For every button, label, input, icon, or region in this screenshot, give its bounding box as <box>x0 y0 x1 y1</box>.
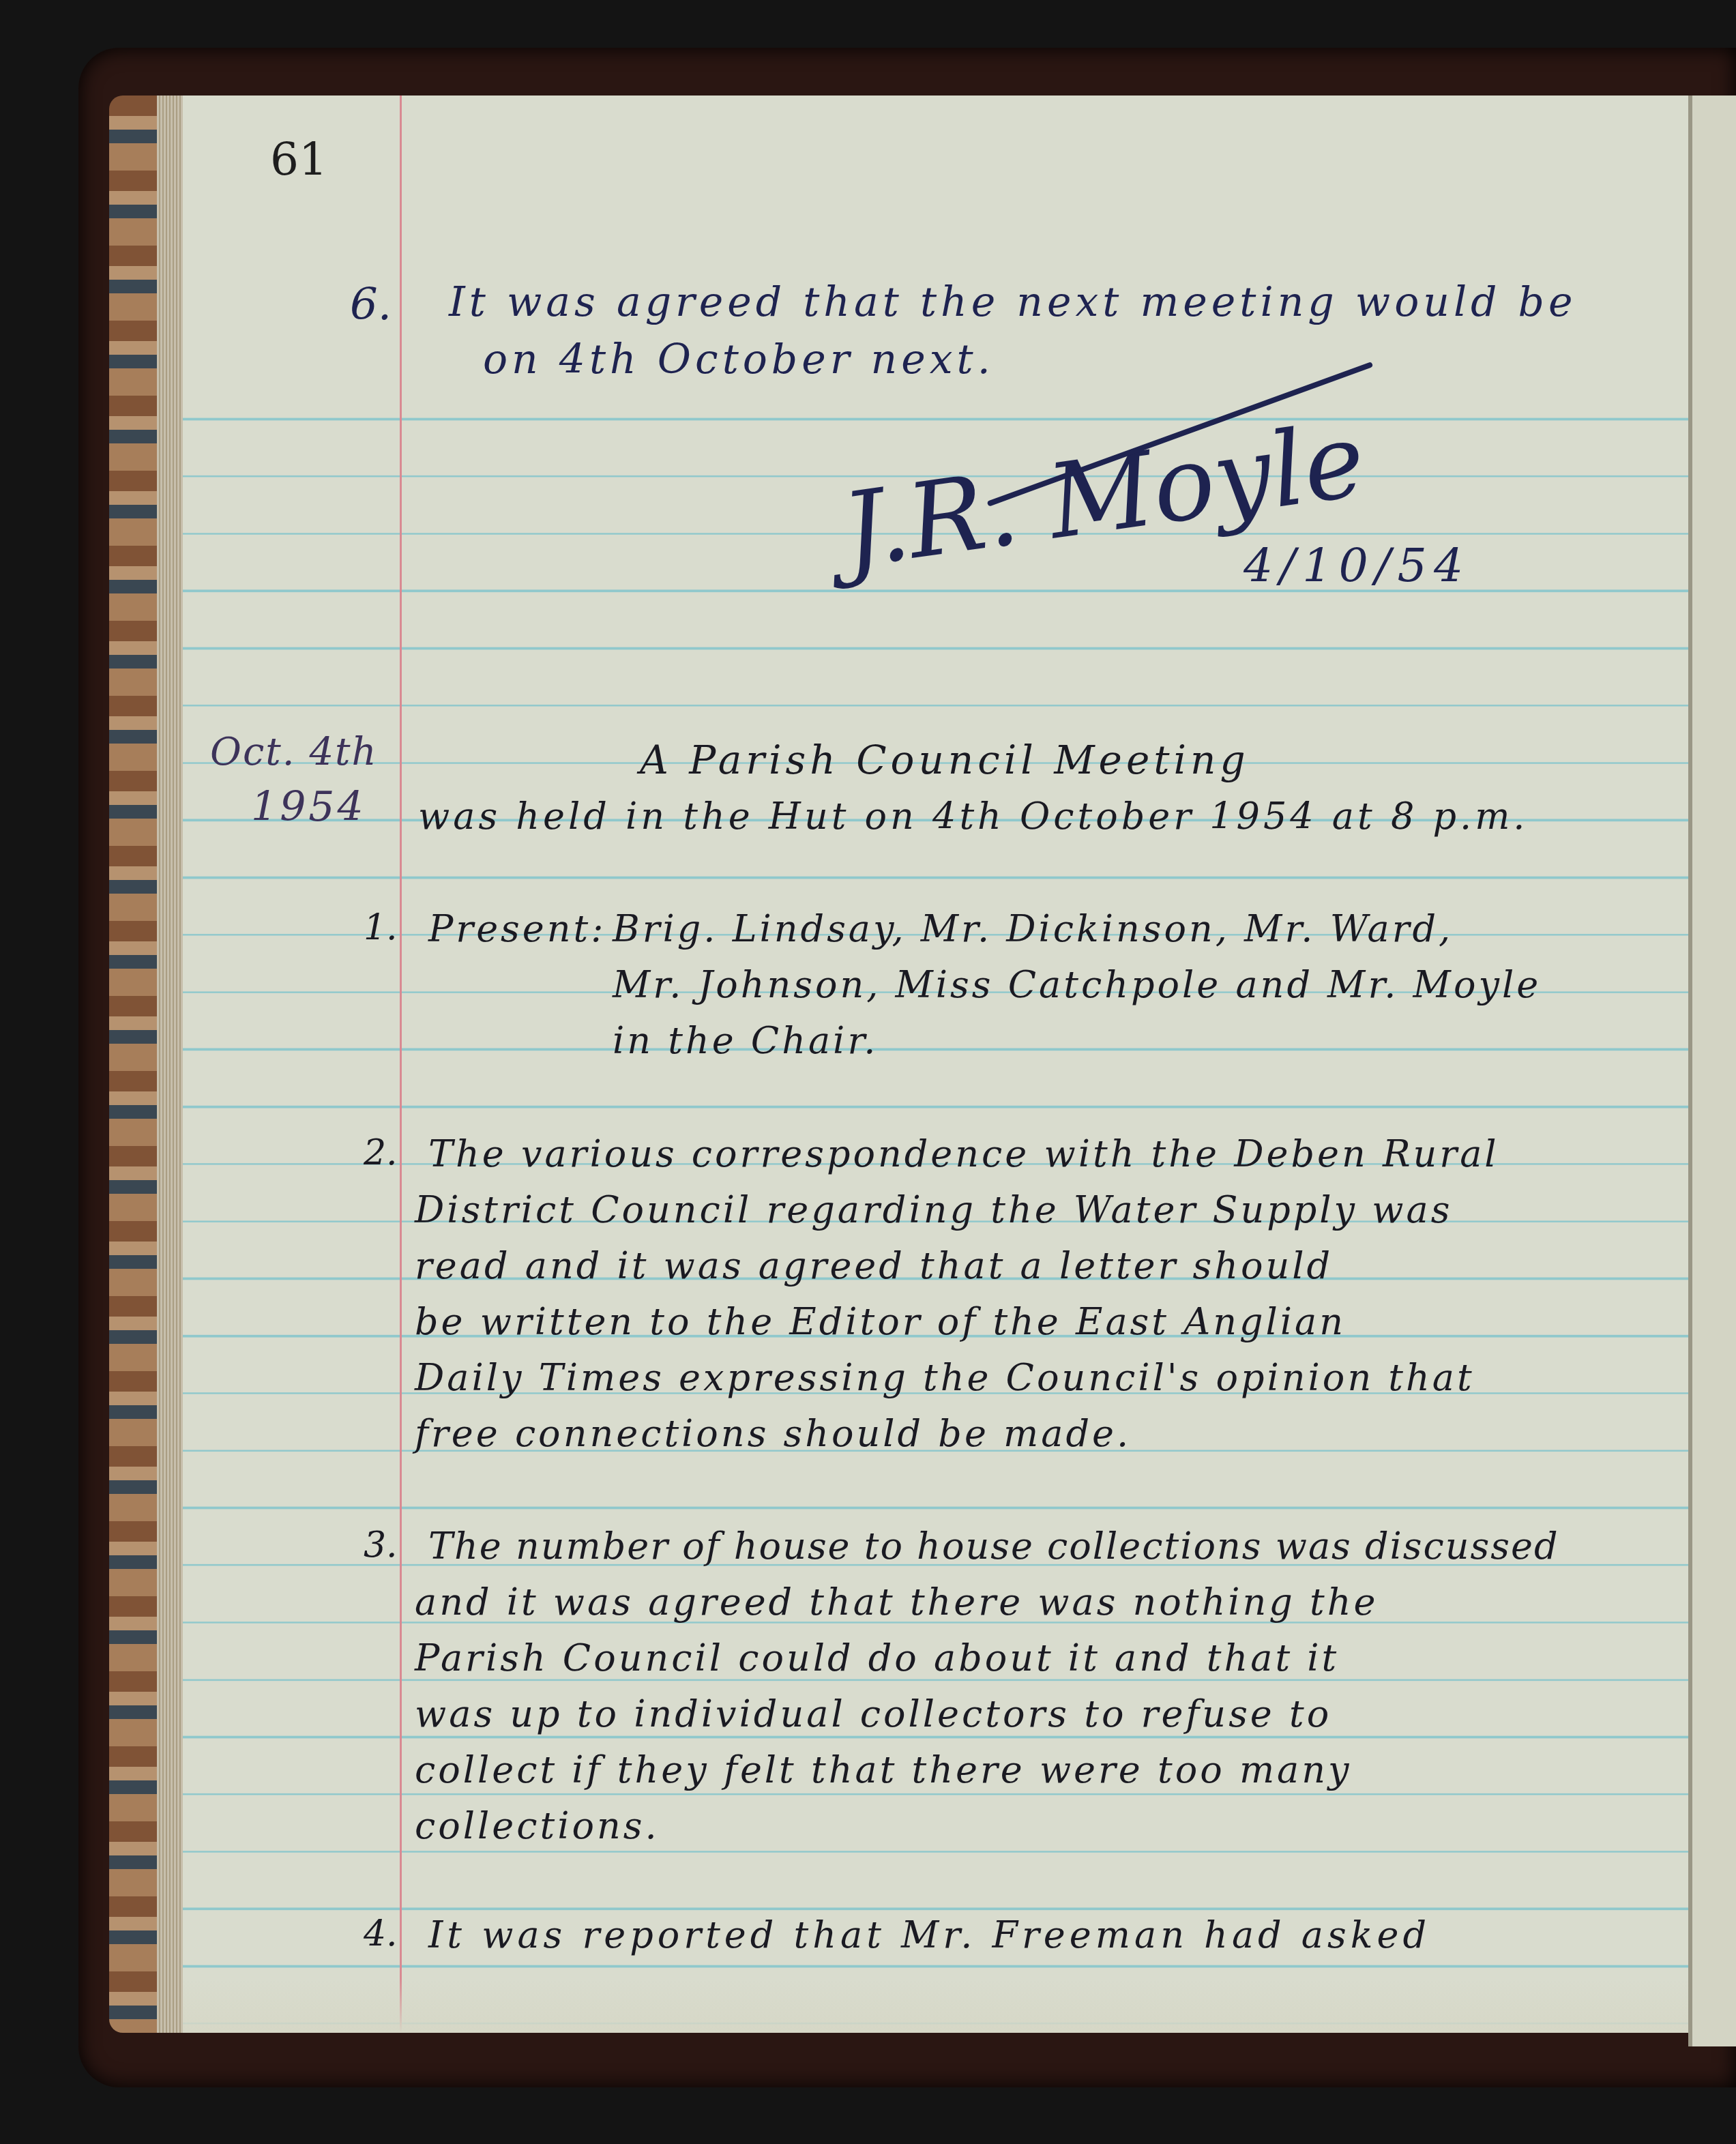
ledger-page: 61 6. It was agreed that the next meetin… <box>183 96 1688 2033</box>
item-number: 4. <box>364 1913 398 1954</box>
entry-line: and it was agreed that there was nothing… <box>415 1581 1379 1624</box>
entry-line: District Council regarding the Water Sup… <box>415 1188 1452 1231</box>
meeting-subheading: was held in the Hut on 4th October 1954 … <box>418 795 1529 838</box>
marbled-page-edges <box>109 96 184 2033</box>
item-number: 2. <box>364 1132 398 1173</box>
entry-line: Daily Times expressing the Council's opi… <box>415 1356 1475 1399</box>
entry-line: Parish Council could do about it and tha… <box>415 1636 1339 1679</box>
entry-line: free connections should be made. <box>415 1412 1131 1455</box>
entry-line: It was agreed that the next meeting woul… <box>449 278 1577 326</box>
meeting-heading: A Parish Council Meeting <box>640 737 1250 783</box>
item-number: 3. <box>364 1525 398 1566</box>
entry-line: Mr. Johnson, Miss Catchpole and Mr. Moyl… <box>613 963 1541 1006</box>
red-margin-line <box>400 96 402 2033</box>
entry-line: read and it was agreed that a letter sho… <box>415 1244 1333 1287</box>
entry-line: It was reported that Mr. Freeman had ask… <box>428 1913 1430 1956</box>
margin-year: 1954 <box>251 783 366 831</box>
entry-line: on 4th October next. <box>483 336 995 383</box>
entry-line: collections. <box>415 1804 660 1847</box>
entry-line: collect if they felt that there were too… <box>415 1748 1352 1791</box>
entry-line: was up to individual collectors to refus… <box>415 1692 1332 1735</box>
entry-line: be written to the Editor of the East Ang… <box>415 1300 1346 1343</box>
facing-page-gutter <box>1688 96 1736 2046</box>
item-number: 6. <box>350 280 392 330</box>
margin-date: Oct. 4th <box>210 730 378 774</box>
signature-date: 4/10/54 <box>1244 539 1470 593</box>
page-bottom-edge <box>183 1978 1688 2033</box>
item-number: 1. <box>364 907 398 948</box>
entry-line: The number of house to house collections… <box>428 1525 1559 1568</box>
entry-line: The various correspondence with the Debe… <box>428 1132 1499 1175</box>
page-number: 61 <box>270 133 327 186</box>
entry-line: Brig. Lindsay, Mr. Dickinson, Mr. Ward, <box>613 907 1453 950</box>
entry-line: in the Chair. <box>613 1019 878 1062</box>
item-label: Present: <box>428 907 606 950</box>
